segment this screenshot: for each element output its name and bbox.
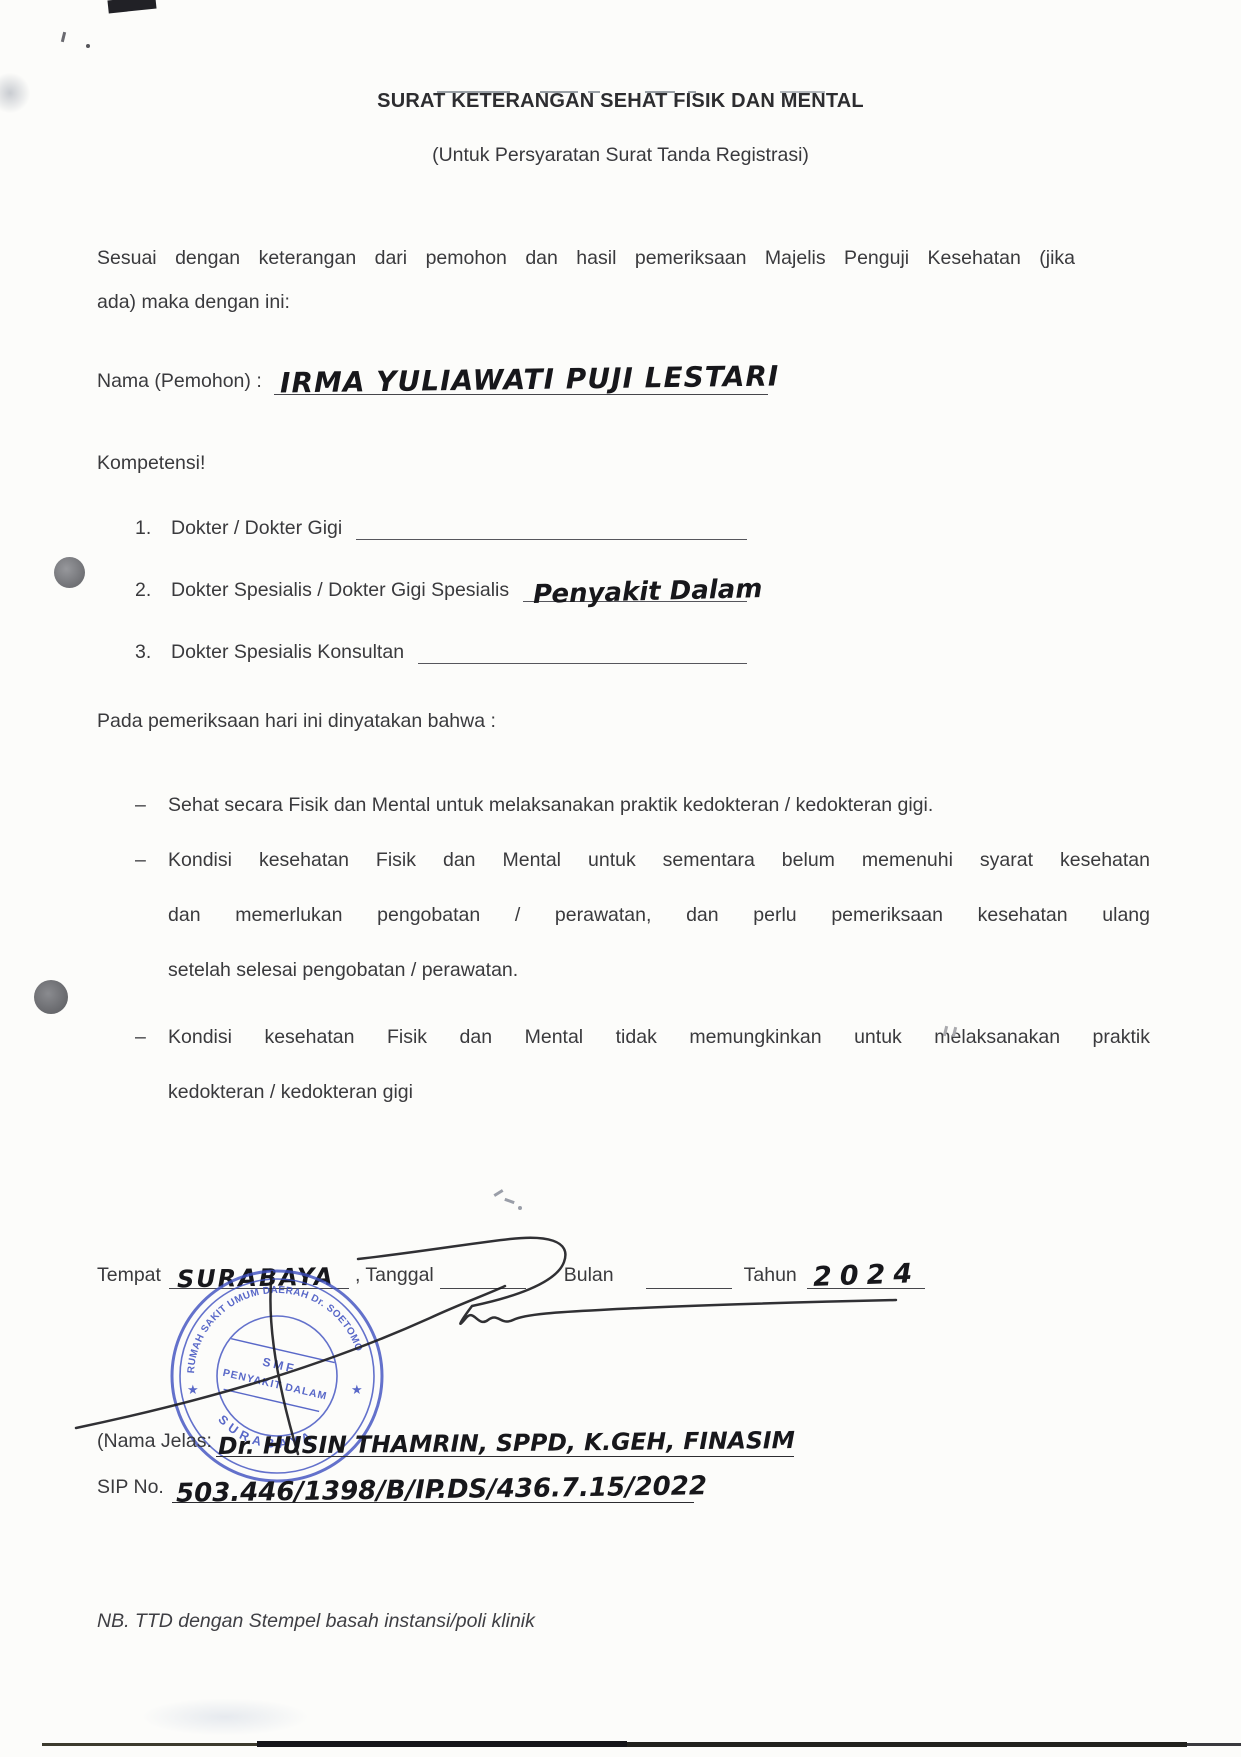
sip-row: SIP No. 503.446/1398/B/IP.DS/436.7.15/20… <box>97 1456 694 1503</box>
bottom-scan-edge <box>42 1743 257 1746</box>
handwritten-applicant-name: IRMA YULIAWATI PUJI LESTARI <box>280 363 780 398</box>
scan-artifact-pencil <box>493 1189 503 1197</box>
applicant-name-row: Nama (Pemohon) : IRMA YULIAWATI PUJI LES… <box>97 348 768 395</box>
nama-jelas-line: Dr. HUSIN THAMRIN, SPPD, K.GEH, FINASIM <box>216 1414 794 1457</box>
item-label: Dokter / Dokter Gigi <box>171 517 342 540</box>
dash-marker: – <box>135 778 168 833</box>
intro-line: ada) maka dengan ini: <box>97 280 1075 324</box>
kompetensi-item-3: 3. Dokter Spesialis Konsultan <box>135 630 747 664</box>
scanned-document-page: SURAT KETERANGAN SEHAT FISIK DAN MENTAL … <box>0 0 1241 1757</box>
bottom-scan-edge <box>1187 1743 1241 1746</box>
bulan-blank-line <box>646 1258 732 1289</box>
kompetensi-heading: Kompetensi! <box>97 452 205 475</box>
tahun-label: Tahun <box>744 1264 797 1289</box>
statement-list: – Sehat secara Fisik dan Mental untuk me… <box>135 778 1150 1120</box>
statement-item-2: – Kondisi kesehatan Fisik dan Mental unt… <box>135 833 1150 998</box>
dash-marker: – <box>135 1010 168 1120</box>
bulan-label: Bulan <box>564 1264 614 1289</box>
bottom-scan-edge <box>257 1741 627 1747</box>
kompetensi-list: 1. Dokter / Dokter Gigi 2. Dokter Spesia… <box>135 506 747 692</box>
stamp-star-right: ★ <box>351 1382 363 1397</box>
item-number: 2. <box>135 579 171 602</box>
statement-line: kedokteran / kedokteran gigi <box>168 1065 1150 1120</box>
handwritten-year: 2024 <box>812 1260 920 1291</box>
item-label: Dokter Spesialis Konsultan <box>171 641 404 664</box>
statement-item-3: – Kondisi kesehatan Fisik dan Mental tid… <box>135 1010 1150 1120</box>
statement-line: dan memerlukan pengobatan / perawatan, d… <box>168 888 1150 943</box>
tanggal-blank-line <box>440 1258 526 1289</box>
nama-jelas-row: (Nama Jelas: Dr. HUSIN THAMRIN, SPPD, K.… <box>97 1414 794 1457</box>
hole-punch-top <box>54 557 85 588</box>
handwritten-doctor-name: Dr. HUSIN THAMRIN, SPPD, K.GEH, FINASIM <box>218 1428 795 1458</box>
intro-paragraph: Sesuai dengan keterangan dari pemohon da… <box>97 236 1075 324</box>
scan-artifact-tick-top <box>61 32 66 42</box>
statement-line: Kondisi kesehatan Fisik dan Mental tidak… <box>168 1010 1150 1065</box>
nama-jelas-label: (Nama Jelas: <box>97 1430 212 1457</box>
hole-punch-bottom <box>34 980 68 1014</box>
page-title: SURAT KETERANGAN SEHAT FISIK DAN MENTAL <box>0 90 1241 113</box>
blank-answer-line <box>356 539 747 540</box>
tempat-label: Tempat <box>97 1264 161 1289</box>
scan-artifact-smudge-bottom <box>140 1698 310 1736</box>
blank-answer-line <box>418 663 747 664</box>
sip-label: SIP No. <box>97 1476 164 1503</box>
bottom-scan-edge <box>627 1742 1187 1747</box>
statement-line: Kondisi kesehatan Fisik dan Mental untuk… <box>168 833 1150 888</box>
answer-line: Penyakit Dalam <box>523 601 747 602</box>
kompetensi-item-2: 2. Dokter Spesialis / Dokter Gigi Spesia… <box>135 568 747 602</box>
footnote-note: NB. TTD dengan Stempel basah instansi/po… <box>97 1610 535 1633</box>
dash-marker: – <box>135 833 168 998</box>
nama-label: Nama (Pemohon) : <box>97 370 262 395</box>
statement-item-1: – Sehat secara Fisik dan Mental untuk me… <box>135 778 1150 833</box>
scan-artifact-corner-mark <box>107 0 156 13</box>
scan-artifact-pencil <box>518 1206 522 1210</box>
scan-artifact-pencil <box>504 1198 514 1204</box>
kompetensi-item-1: 1. Dokter / Dokter Gigi <box>135 506 747 540</box>
handwritten-specialty: Penyakit Dalam <box>533 576 763 608</box>
stamp-star-left: ★ <box>187 1382 199 1397</box>
item-number: 1. <box>135 517 171 540</box>
sip-line: 503.446/1398/B/IP.DS/436.7.15/2022 <box>172 1456 694 1503</box>
stamp-inner-text-1: SMF <box>261 1355 298 1376</box>
scan-artifact-dot <box>86 44 90 48</box>
statement-intro: Pada pemeriksaan hari ini dinyatakan bah… <box>97 710 496 733</box>
statement-line: Sehat secara Fisik dan Mental untuk mela… <box>168 778 1150 833</box>
item-label: Dokter Spesialis / Dokter Gigi Spesialis <box>171 579 509 602</box>
page-subtitle: (Untuk Persyaratan Surat Tanda Registras… <box>0 144 1241 167</box>
tahun-line: 2024 <box>807 1244 925 1289</box>
statement-line: setelah selesai pengobatan / perawatan. <box>168 943 1150 998</box>
stamp-inner-text-2: PENYAKIT DALAM <box>222 1367 329 1403</box>
item-number: 3. <box>135 641 171 664</box>
nama-blank-line: IRMA YULIAWATI PUJI LESTARI <box>274 348 768 395</box>
handwritten-sip-number: 503.446/1398/B/IP.DS/436.7.15/2022 <box>176 1473 707 1506</box>
intro-line: Sesuai dengan keterangan dari pemohon da… <box>97 236 1075 280</box>
